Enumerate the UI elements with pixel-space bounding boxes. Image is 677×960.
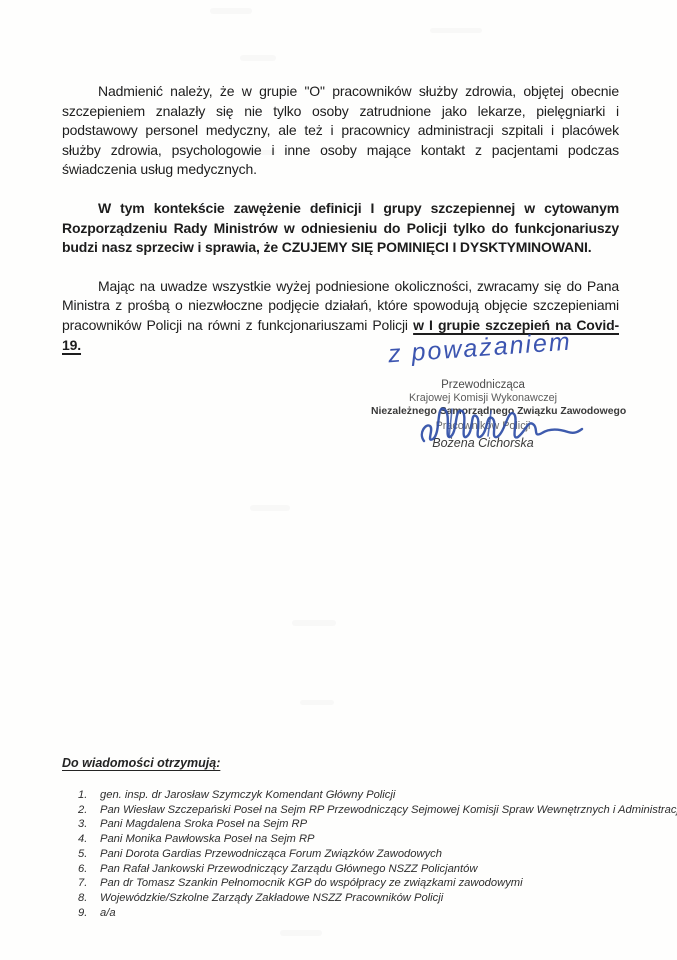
list-item: 5. Pani Dorota Gardias Przewodnicząca Fo… bbox=[78, 847, 638, 862]
signer-title: Przewodnicząca bbox=[371, 379, 595, 392]
list-item: 1. gen. insp. dr Jarosław Szymczyk Komen… bbox=[78, 788, 638, 803]
list-item: 8. Wojewódzkie/Szkolne Zarządy Zakładowe… bbox=[78, 891, 638, 906]
list-item-text: Pani Monika Pawłowska Poseł na Sejm RP bbox=[100, 832, 638, 847]
list-item-text: Pan Wiesław Szczepański Poseł na Sejm RP… bbox=[100, 803, 677, 818]
list-item: 3. Pani Magdalena Sroka Poseł na Sejm RP bbox=[78, 817, 638, 832]
scan-artifact bbox=[430, 28, 482, 33]
list-item-number: 4. bbox=[78, 832, 100, 847]
list-item-text: a/a bbox=[100, 906, 638, 921]
scan-artifact bbox=[300, 700, 334, 705]
paragraph-protest: W tym kontekście zawężenie definicji I g… bbox=[62, 199, 619, 258]
signer-org-line2: Niezależnego Samorządnego Związku Zawodo… bbox=[371, 405, 595, 419]
scan-artifact bbox=[210, 8, 252, 14]
list-item-number: 7. bbox=[78, 876, 100, 891]
scan-artifact bbox=[280, 930, 322, 936]
scan-artifact bbox=[250, 505, 290, 511]
list-item: 2. Pan Wiesław Szczepański Poseł na Sejm… bbox=[78, 803, 638, 818]
paragraph-intro: Nadmienić należy, że w grupie "O" pracow… bbox=[62, 82, 619, 180]
signer-org-line1: Krajowej Komisji Wykonawczej bbox=[371, 392, 595, 405]
list-item-text: Pani Magdalena Sroka Poseł na Sejm RP bbox=[100, 817, 638, 832]
list-item-text: gen. insp. dr Jarosław Szymczyk Komendan… bbox=[100, 788, 638, 803]
list-item-number: 9. bbox=[78, 906, 100, 921]
list-item: 7. Pan dr Tomasz Szankin Pełnomocnik KGP… bbox=[78, 876, 638, 891]
list-item-text: Wojewódzkie/Szkolne Zarządy Zakładowe NS… bbox=[100, 891, 638, 906]
list-item-number: 8. bbox=[78, 891, 100, 906]
list-item-text: Pani Dorota Gardias Przewodnicząca Forum… bbox=[100, 847, 638, 862]
signer-name: Bożena Cichorska bbox=[371, 436, 595, 451]
list-item-number: 5. bbox=[78, 847, 100, 862]
list-item: 4. Pani Monika Pawłowska Poseł na Sejm R… bbox=[78, 832, 638, 847]
list-item: 9. a/a bbox=[78, 906, 638, 921]
list-item-text: Pan dr Tomasz Szankin Pełnomocnik KGP do… bbox=[100, 876, 638, 891]
scan-artifact bbox=[240, 55, 276, 61]
list-item-number: 1. bbox=[78, 788, 100, 803]
list-item-number: 3. bbox=[78, 817, 100, 832]
list-item-number: 6. bbox=[78, 862, 100, 877]
scan-artifact bbox=[292, 620, 336, 626]
signature-block: Przewodnicząca Krajowej Komisji Wykonawc… bbox=[371, 379, 595, 451]
list-item-number: 2. bbox=[78, 803, 100, 818]
scanned-letter-page: Nadmienić należy, że w grupie "O" pracow… bbox=[0, 0, 677, 960]
distribution-list: 1. gen. insp. dr Jarosław Szymczyk Komen… bbox=[78, 788, 638, 920]
distribution-heading: Do wiadomości otrzymują: bbox=[62, 756, 220, 770]
signer-org-line3: Pracowników Policji bbox=[371, 419, 595, 433]
list-item: 6. Pan Rafał Jankowski Przewodniczący Za… bbox=[78, 862, 638, 877]
list-item-text: Pan Rafał Jankowski Przewodniczący Zarzą… bbox=[100, 862, 638, 877]
